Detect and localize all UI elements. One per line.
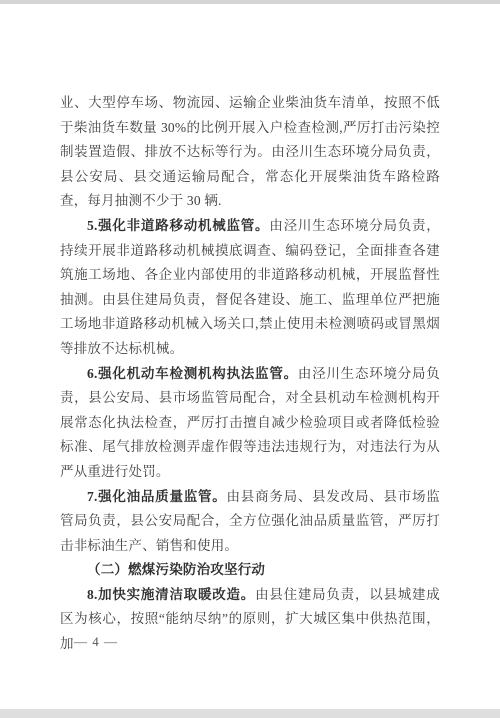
paragraph-body: 业、大型停车场、物流园、运输企业柴油货车清单，按照不低于柴油货车数量 30%的比…	[60, 95, 440, 208]
paragraph-7-fuel-quality: 7.强化油品质量监管。由县商务局、县发改局、县市场监管局负责，县公安局配合，全方…	[60, 485, 440, 559]
paragraph-5-nonroad-machinery: 5.强化非道路移动机械监管。由泾川生态环境分局负责，持续开展非道路移动机械摸底调…	[60, 214, 440, 362]
page-number: — 4 —	[74, 633, 118, 651]
paragraph-diesel-truck-continuation: 业、大型停车场、物流园、运输企业柴油货车清单，按照不低于柴油货车数量 30%的比…	[60, 91, 440, 214]
paragraph-6-vehicle-inspection-agencies: 6.强化机动车检测机构执法监管。由泾川生态环境分局负责，县公安局、县市场监管局配…	[60, 362, 440, 485]
scan-edge-top	[0, 0, 500, 4]
paragraph-lead: 8.加快实施清洁取暖改造。	[87, 587, 255, 602]
paragraph-body: 由泾川生态环境分局负责，持续开展非道路移动机械摸底调查、编码登记，全面排查各建筑…	[60, 218, 440, 356]
document-text-block: 业、大型停车场、物流园、运输企业柴油货车清单，按照不低于柴油货车数量 30%的比…	[60, 91, 440, 657]
paragraph-body: 由泾川生态环境分局负责，县公安局、县市场监管局配合，对全县机动车检测机构开展常态…	[60, 366, 440, 479]
paragraph-lead: 5.强化非道路移动机械监管。	[87, 218, 269, 233]
scan-edge-bottom	[0, 709, 500, 718]
paragraph-lead: 6.强化机动车检测机构执法监管。	[87, 366, 298, 381]
paragraph-lead: 7.强化油品质量监管。	[87, 489, 227, 504]
section-heading-coal-pollution: （二）燃煤污染防治攻坚行动	[60, 558, 440, 583]
section-heading-text: （二）燃煤污染防治攻坚行动	[87, 562, 265, 577]
